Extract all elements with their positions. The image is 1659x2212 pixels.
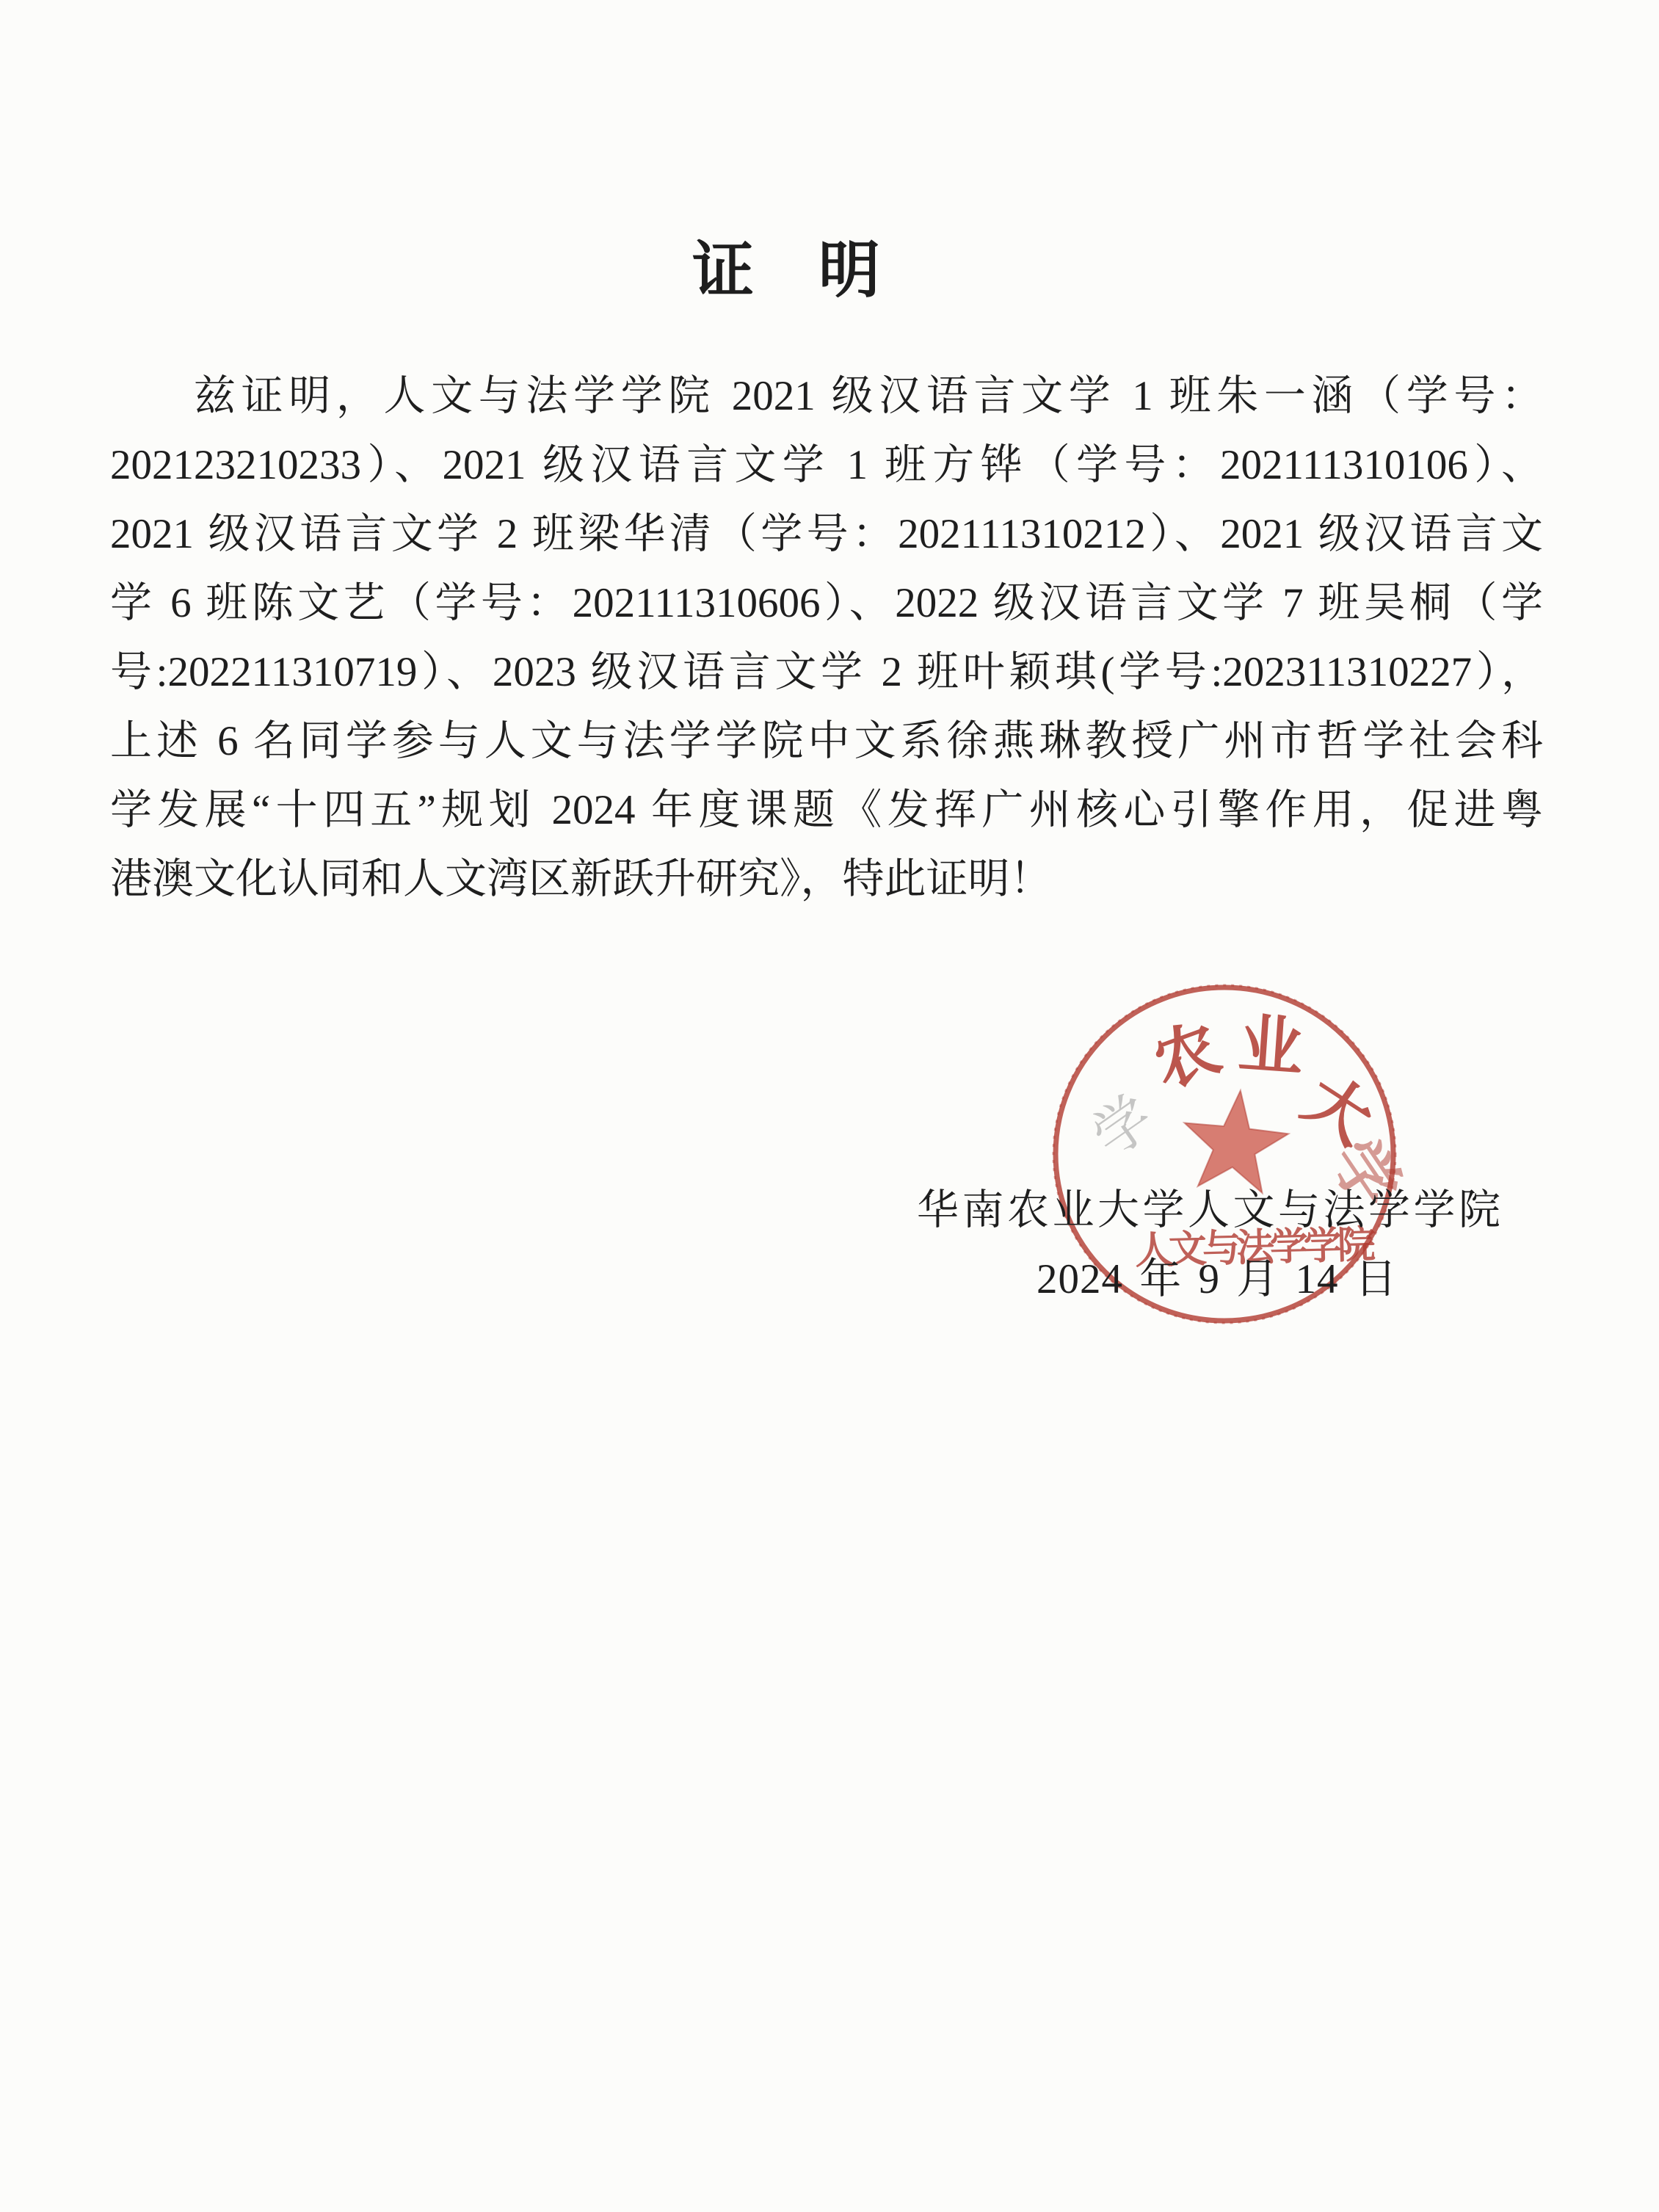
certificate-title: 证 明 bbox=[0, 241, 1616, 302]
date-line: 2024 年 9 月 14 日 bbox=[1037, 1258, 1398, 1300]
star-icon bbox=[1178, 1085, 1293, 1195]
body-line: 2021 级汉语言文学 2 班梁华清（学号：202111310212）、2021… bbox=[110, 500, 1543, 569]
body-line: 上述 6 名同学参与人文与法学学院中文系徐燕琳教授广州市哲学社会科 bbox=[110, 707, 1543, 776]
signature-line: 华南农业大学人文与法学学院 bbox=[917, 1189, 1504, 1231]
official-seal: 农 业 大 学 学 人文与法学学院 bbox=[1028, 969, 1439, 1380]
certificate-page: 证 明 兹证明，人文与法学学院 2021 级汉语言文学 1 班朱一涵（学号： 2… bbox=[0, 0, 1659, 2212]
body-line: 202123210233）、2021 级汉语言文学 1 班方铧（学号：20211… bbox=[110, 431, 1543, 500]
body-line: 兹证明，人文与法学学院 2021 级汉语言文学 1 班朱一涵（学号： bbox=[110, 362, 1543, 431]
body-line: 港澳文化认同和人文湾区新跃升研究》，特此证明！ bbox=[110, 845, 1543, 914]
certificate-body: 兹证明，人文与法学学院 2021 级汉语言文学 1 班朱一涵（学号： 20212… bbox=[110, 362, 1543, 914]
body-line: 学 6 班陈文艺（学号：202111310606）、2022 级汉语言文学 7 … bbox=[110, 569, 1543, 638]
seal-arc-char: 业 bbox=[1236, 1013, 1305, 1082]
body-line: 号:202211310719）、2023 级汉语言文学 2 班叶颖琪(学号:20… bbox=[110, 638, 1543, 707]
body-line: 学发展“十四五”规划 2024 年度课题《发挥广州核心引擎作用，促进粤 bbox=[110, 776, 1543, 845]
